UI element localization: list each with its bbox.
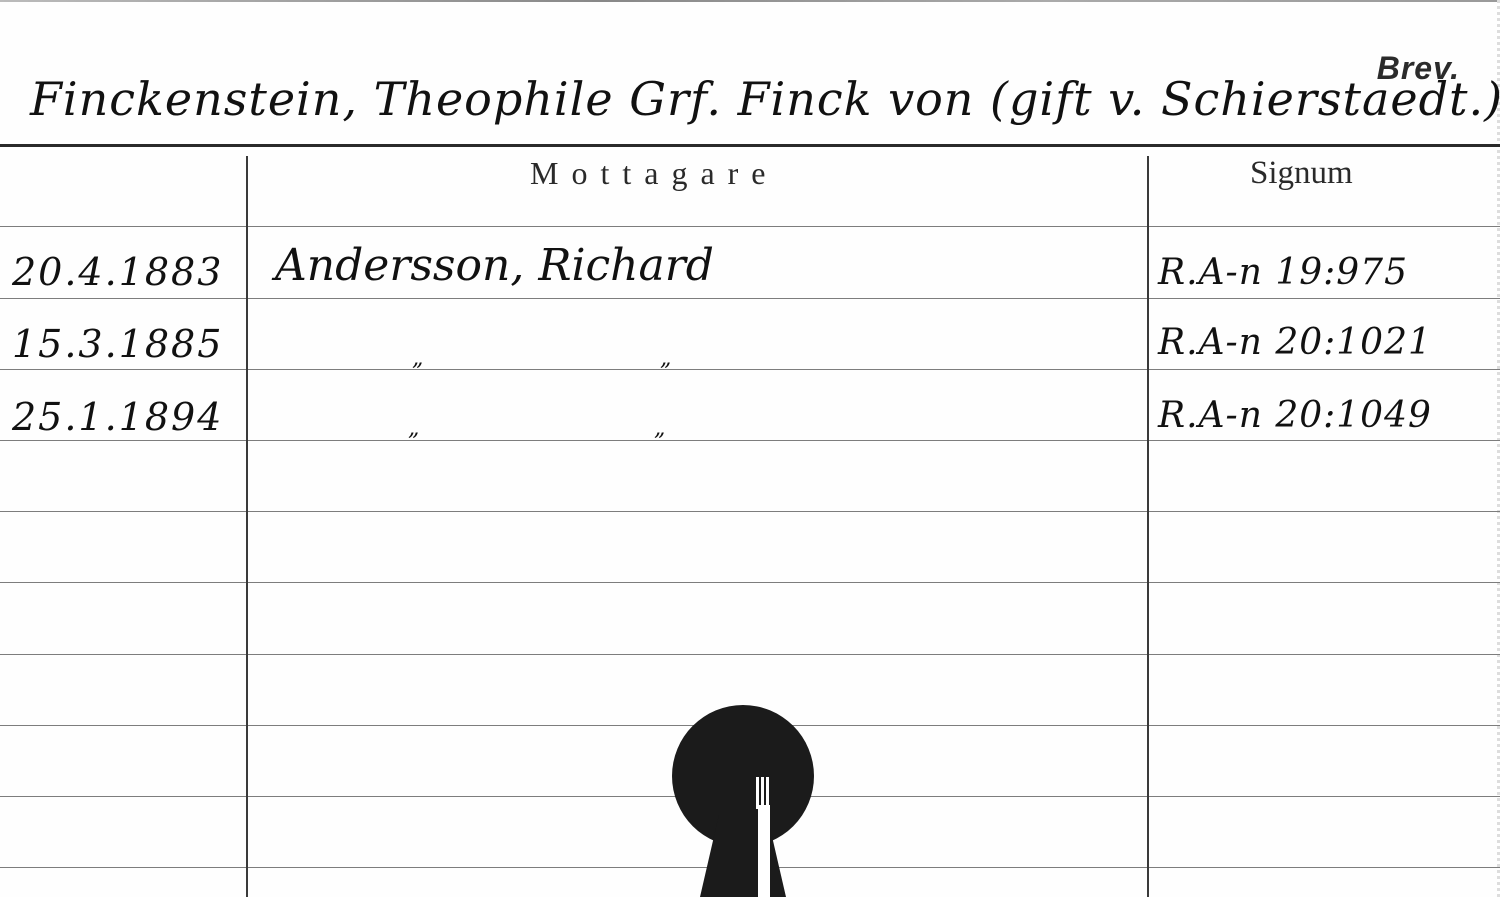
row-2-ditto-mark: „	[412, 346, 423, 371]
column-divider-date	[246, 156, 248, 897]
keyhole-slit	[758, 805, 770, 897]
card-heading-name: Finckenstein, Theophile Grf. Finck von (…	[30, 72, 1500, 126]
column-header-recipient: Mottagare	[530, 155, 779, 192]
row-2-date: 15.3.1885	[12, 322, 223, 366]
column-divider-signum	[1147, 156, 1149, 897]
header-rule	[0, 144, 1500, 147]
row-2-ditto-mark: „	[660, 346, 671, 371]
row-3-ditto-mark: „	[654, 416, 665, 441]
row-3-signum: R.A-n 20:1049	[1158, 395, 1432, 436]
row-rule	[0, 298, 1500, 299]
keyhole-punch-icon	[672, 705, 814, 897]
row-1-recipient: Andersson, Richard	[275, 240, 714, 291]
row-rule	[0, 440, 1500, 441]
row-rule	[0, 582, 1500, 583]
index-card: Brev. Finckenstein, Theophile Grf. Finck…	[0, 0, 1500, 897]
row-1-signum: R.A-n 19:975	[1158, 252, 1408, 293]
row-1-date: 20.4.1883	[12, 250, 223, 294]
row-rule	[0, 226, 1500, 227]
row-rule	[0, 654, 1500, 655]
row-rule	[0, 369, 1500, 370]
row-3-ditto-mark: „	[408, 416, 419, 441]
column-header-signum: Signum	[1250, 155, 1353, 192]
row-rule	[0, 511, 1500, 512]
card-top-edge	[0, 0, 1500, 2]
row-3-date: 25.1.1894	[12, 395, 223, 439]
keyhole-slit-lines	[756, 777, 770, 809]
row-2-signum: R.A-n 20:1021	[1158, 322, 1432, 363]
